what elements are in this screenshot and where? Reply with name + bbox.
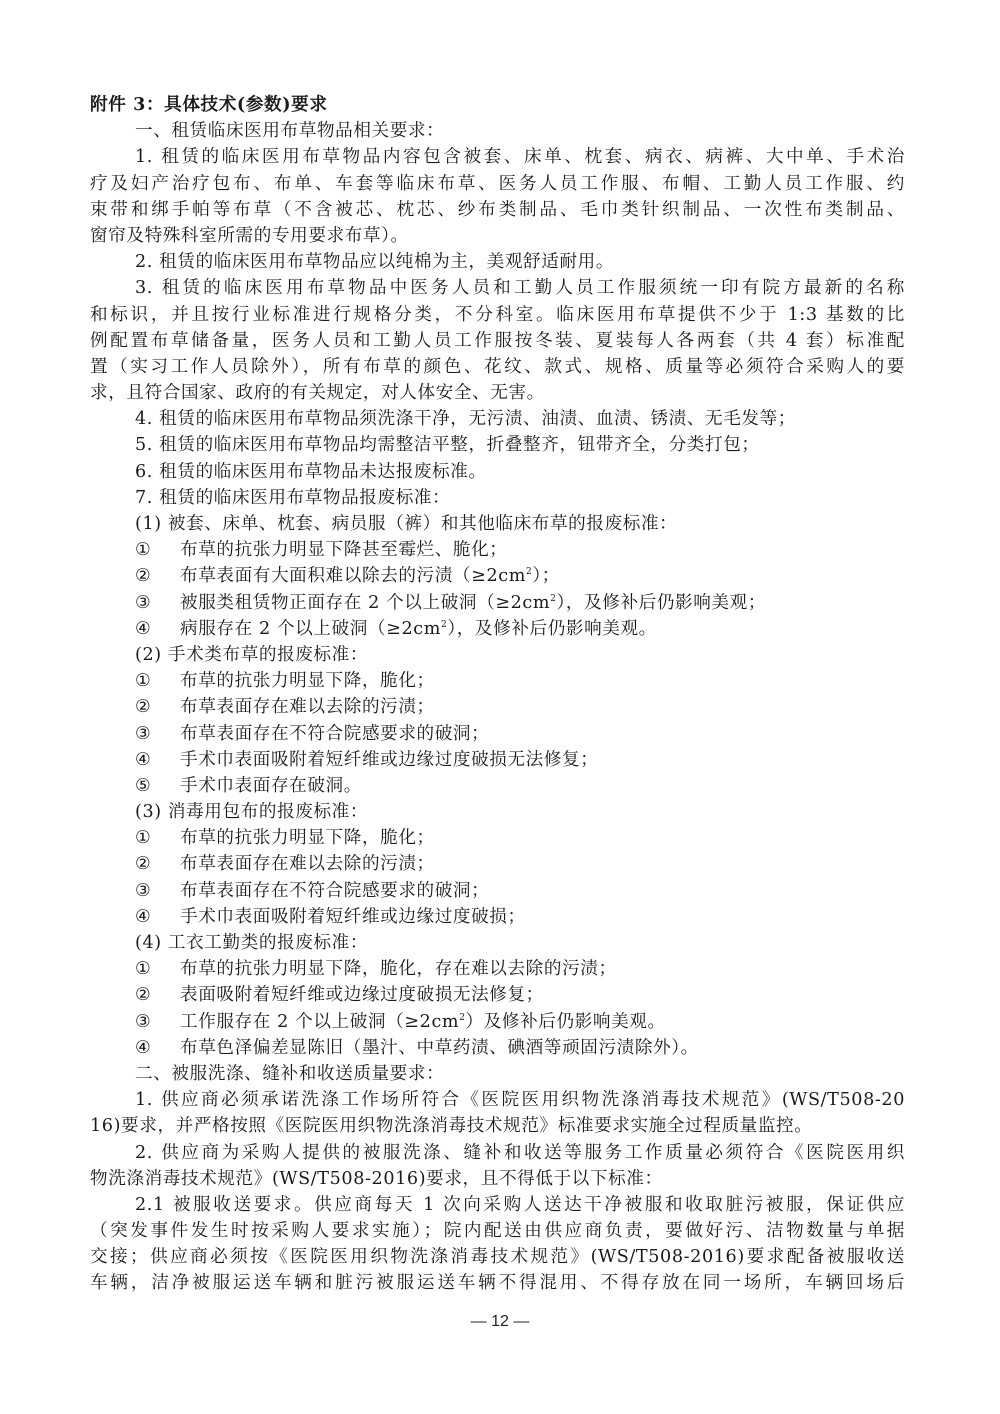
criterion-text: 被服类租赁物正面存在 2 个以上破洞（≥2cm — [180, 593, 550, 613]
circled-number: ④ — [135, 616, 180, 642]
criterion-text: 布草的抗张力明显下降，脆化； — [180, 825, 435, 851]
circled-number: ② — [135, 694, 180, 720]
criterion-text: 布草色泽偏差显陈旧（墨汁、中草药渍、碘酒等顽固污渍除外）。 — [180, 1035, 699, 1061]
scrap-standard-group-4: (4) 工衣工勤类的报废标准： ① 布草的抗张力明显下降，脆化，存在难以去除的污… — [90, 930, 905, 1061]
section-2-heading: 二、被服洗涤、缝补和收送质量要求： — [90, 1061, 905, 1087]
criterion-item: ② 布草表面存在难以去除的污渍； — [90, 851, 905, 877]
criterion-text-after: ）； — [532, 566, 560, 586]
criterion-text: 工作服存在 2 个以上破洞（≥2cm — [180, 1012, 459, 1032]
circled-number: ② — [135, 563, 180, 589]
criterion-text: 布草表面存在不符合院感要求的破洞； — [180, 878, 489, 904]
paragraph-line: 交接；供应商必须按《医院医用织物洗涤消毒技术规范》(WS/T508-2016)要… — [90, 1244, 905, 1270]
circled-number: ② — [135, 851, 180, 877]
paragraph-line: 2. 供应商为采购人提供的被服洗涤、缝补和收送等服务工作质量必须符合《医院医用织 — [90, 1140, 905, 1166]
criterion-text: 病服存在 2 个以上破洞（≥2cm — [180, 619, 441, 639]
criterion-text: 布草的抗张力明显下降，脆化，存在难以去除的污渍； — [180, 956, 617, 982]
scrap-standard-group-3: (3) 消毒用包布的报废标准： ① 布草的抗张力明显下降，脆化； ② 布草表面存… — [90, 799, 905, 930]
circled-number: ④ — [135, 1035, 180, 1061]
paragraph-6: 6. 租赁的临床医用布草物品未达报废标准。 — [90, 459, 905, 485]
criterion-text: 布草表面存在难以去除的污渍； — [180, 851, 435, 877]
criterion-item: ⑤ 手术巾表面存在破洞。 — [90, 773, 905, 799]
circled-number: ④ — [135, 747, 180, 773]
criterion-text: 布草表面存在难以去除的污渍； — [180, 694, 435, 720]
criterion-item: ① 布草的抗张力明显下降甚至霉烂、脆化； — [90, 537, 905, 563]
paragraph-line: 1. 供应商必须承诺洗涤工作场所符合《医院医用织物洗涤消毒技术规范》(WS/T5… — [90, 1087, 905, 1113]
paragraph-line: 求，且符合国家、政府的有关规定，对人体安全、无害。 — [90, 380, 905, 406]
paragraph-line: 2.1 被服收送要求。供应商每天 1 次向采购人送达干净被服和收取脏污被服，保证… — [90, 1192, 905, 1218]
paragraph-line: 物洗涤消毒技术规范》(WS/T508-2016)要求，且不得低于以下标准： — [90, 1166, 905, 1192]
criterion-item: ③ 布草表面存在不符合院感要求的破洞； — [90, 878, 905, 904]
paragraph-4: 4. 租赁的临床医用布草物品须洗涤干净，无污渍、油渍、血渍、锈渍、无毛发等； — [90, 406, 905, 432]
criterion-text: 布草表面存在不符合院感要求的破洞； — [180, 721, 489, 747]
criterion-text-after: ）及修补后仍影响美观。 — [466, 1012, 666, 1032]
section-2-paragraph-1: 1. 供应商必须承诺洗涤工作场所符合《医院医用织物洗涤消毒技术规范》(WS/T5… — [90, 1087, 905, 1139]
scrap-standard-heading: (1) 被套、床单、枕套、病员服（裤）和其他临床布草的报废标准： — [90, 511, 905, 537]
criterion-item: ④ 布草色泽偏差显陈旧（墨汁、中草药渍、碘酒等顽固污渍除外）。 — [90, 1035, 905, 1061]
paragraph-line: 16)要求，并严格按照《医院医用织物洗涤消毒技术规范》标准要求实施全过程质量监控… — [90, 1113, 905, 1139]
paragraph-1: 1. 租赁的临床医用布草物品内容包含被套、床单、枕套、病衣、病裤、大中单、手术治… — [90, 144, 905, 249]
criterion-item: ② 表面吸附着短纤维或边缘过度破损无法修复； — [90, 982, 905, 1008]
circled-number: ① — [135, 825, 180, 851]
scrap-standard-heading: (2) 手术类布草的报废标准： — [90, 642, 905, 668]
circled-number: ① — [135, 537, 180, 563]
scrap-standard-heading: (3) 消毒用包布的报废标准： — [90, 799, 905, 825]
criterion-text-after: ），及修补后仍影响美观。 — [447, 619, 657, 639]
section-2-paragraph-2: 2. 供应商为采购人提供的被服洗涤、缝补和收送等服务工作质量必须符合《医院医用织… — [90, 1140, 905, 1192]
paragraph-line: 1. 租赁的临床医用布草物品内容包含被套、床单、枕套、病衣、病裤、大中单、手术治 — [90, 144, 905, 170]
scrap-standard-group-2: (2) 手术类布草的报废标准： ① 布草的抗张力明显下降，脆化； ② 布草表面存… — [90, 642, 905, 799]
page-number: — 12 — — [0, 1313, 1000, 1331]
paragraph-line: （突发事件发生时按采购人要求实施）；院内配送由供应商负责，要做好污、洁物数量与单… — [90, 1218, 905, 1244]
paragraph-line: 疗及妇产治疗包布、布单、车套等临床布草、医务人员工作服、布帽、工勤人员工作服、约 — [90, 171, 905, 197]
paragraph-line: 车辆，洁净被服运送车辆和脏污被服运送车辆不得混用、不得存放在同一场所，车辆回场后 — [90, 1270, 905, 1296]
criterion-text: 手术巾表面吸附着短纤维或边缘过度破损； — [180, 904, 526, 930]
paragraph-3: 3. 租赁的临床医用布草物品中医务人员和工勤人员工作服须统一印有院方最新的名称 … — [90, 275, 905, 406]
paragraph-line: 和标识，并且按行业标准进行规格分类，不分科室。临床医用布草提供不少于 1:3 基… — [90, 302, 905, 328]
criterion-item: ① 布草的抗张力明显下降，脆化； — [90, 668, 905, 694]
paragraph-line: 束带和绑手帕等布草（不含被芯、枕芯、纱布类制品、毛巾类针织制品、一次性布类制品、 — [90, 197, 905, 223]
paragraph-line: 窗帘及特殊科室所需的专用要求布草）。 — [90, 223, 905, 249]
criterion-text: 布草的抗张力明显下降，脆化； — [180, 668, 435, 694]
circled-number: ① — [135, 956, 180, 982]
criterion-text: 手术巾表面吸附着短纤维或边缘过度破损无法修复； — [180, 747, 598, 773]
criterion-text: 表面吸附着短纤维或边缘过度破损无法修复； — [180, 982, 544, 1008]
criterion-item: ③ 被服类租赁物正面存在 2 个以上破洞（≥2cm2），及修补后仍影响美观； — [90, 590, 905, 616]
criterion-item: ② 布草表面有大面积难以除去的污渍（≥2cm2）； — [90, 563, 905, 589]
paragraph-2: 2. 租赁的临床医用布草物品应以纯棉为主，美观舒适耐用。 — [90, 249, 905, 275]
paragraph-7: 7. 租赁的临床医用布草物品报废标准： — [90, 485, 905, 511]
criterion-item: ③ 工作服存在 2 个以上破洞（≥2cm2）及修补后仍影响美观。 — [90, 1009, 905, 1035]
scrap-standard-heading: (4) 工衣工勤类的报废标准： — [90, 930, 905, 956]
paragraph-line: 3. 租赁的临床医用布草物品中医务人员和工勤人员工作服须统一印有院方最新的名称 — [90, 275, 905, 301]
circled-number: ① — [135, 668, 180, 694]
circled-number: ③ — [135, 721, 180, 747]
criterion-item: ② 布草表面存在难以去除的污渍； — [90, 694, 905, 720]
criterion-item: ④ 病服存在 2 个以上破洞（≥2cm2），及修补后仍影响美观。 — [90, 616, 905, 642]
criterion-item: ① 布草的抗张力明显下降，脆化，存在难以去除的污渍； — [90, 956, 905, 982]
section-1-heading: 一、租赁临床医用布草物品相关要求： — [90, 118, 905, 144]
circled-number: ② — [135, 982, 180, 1008]
criterion-item: ④ 手术巾表面吸附着短纤维或边缘过度破损； — [90, 904, 905, 930]
paragraph-5: 5. 租赁的临床医用布草物品均需整洁平整，折叠整齐，钮带齐全，分类打包； — [90, 432, 905, 458]
criterion-text-after: ），及修补后仍影响美观； — [556, 593, 766, 613]
criterion-item: ④ 手术巾表面吸附着短纤维或边缘过度破损无法修复； — [90, 747, 905, 773]
document-page: 附件 3：具体技术(参数)要求 一、租赁临床医用布草物品相关要求： 1. 租赁的… — [90, 92, 905, 1297]
circled-number: ③ — [135, 878, 180, 904]
circled-number: ④ — [135, 904, 180, 930]
paragraph-line: 置（实习工作人员除外），所有布草的颜色、花纹、款式、规格、质量等必须符合采购人的… — [90, 354, 905, 380]
document-title: 附件 3：具体技术(参数)要求 — [90, 92, 905, 118]
criterion-item: ③ 布草表面存在不符合院感要求的破洞； — [90, 721, 905, 747]
section-2-paragraph-2-1: 2.1 被服收送要求。供应商每天 1 次向采购人送达干净被服和收取脏污被服，保证… — [90, 1192, 905, 1297]
criterion-text: 布草表面有大面积难以除去的污渍（≥2cm — [180, 566, 526, 586]
circled-number: ③ — [135, 590, 180, 616]
paragraph-line: 例配置布草储备量，医务人员和工勤人员工作服按冬装、夏装每人各两套（共 4 套）标… — [90, 328, 905, 354]
criterion-text: 手术巾表面存在破洞。 — [180, 773, 362, 799]
scrap-standard-group-1: (1) 被套、床单、枕套、病员服（裤）和其他临床布草的报废标准： ① 布草的抗张… — [90, 511, 905, 642]
criterion-text: 布草的抗张力明显下降甚至霉烂、脆化； — [180, 537, 508, 563]
circled-number: ③ — [135, 1009, 180, 1035]
criterion-item: ① 布草的抗张力明显下降，脆化； — [90, 825, 905, 851]
circled-number: ⑤ — [135, 773, 180, 799]
